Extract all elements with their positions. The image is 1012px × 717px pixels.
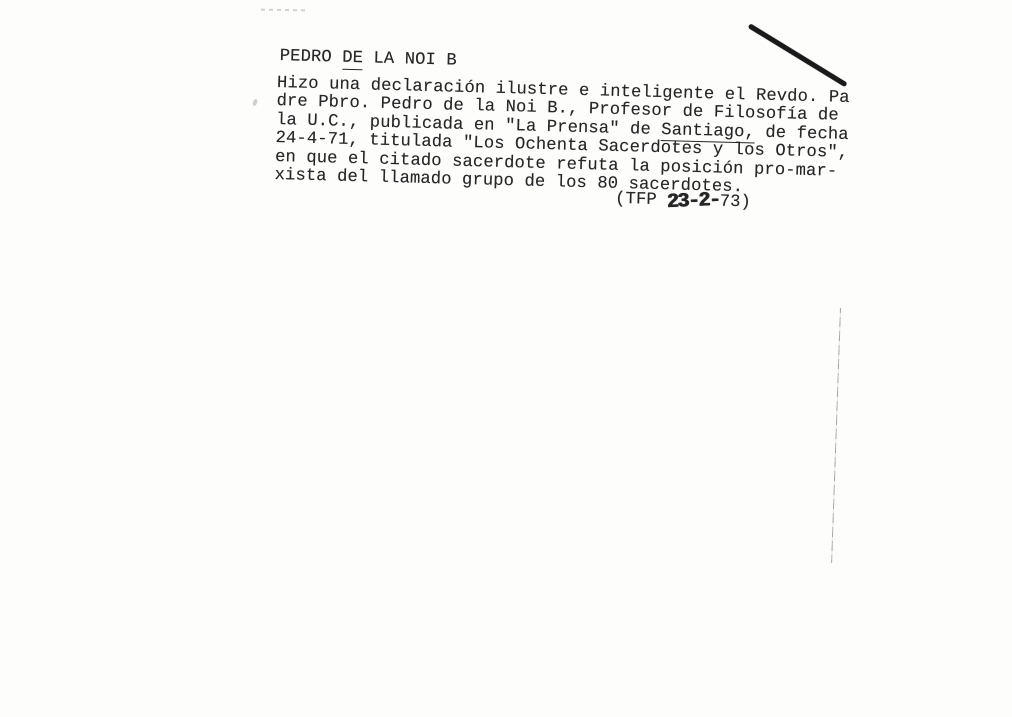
title-underlined-de: DE [342,49,363,70]
typewritten-text-block: PEDRO DE LA NOI B Hizo una declaración i… [274,46,898,216]
scanned-page: PEDRO DE LA NOI B Hizo una declaración i… [0,0,1012,717]
citation-suffix: 73) [719,192,751,212]
ink-smudge [252,99,258,107]
faint-dotted-mark [261,9,307,12]
scan-crease-line [831,308,841,563]
title-pre: PEDRO [279,47,342,68]
citation-handwritten-date: 23-2- [667,191,720,212]
title-post: LA NOI B [363,49,457,70]
citation-prefix: (TFP [615,189,668,209]
